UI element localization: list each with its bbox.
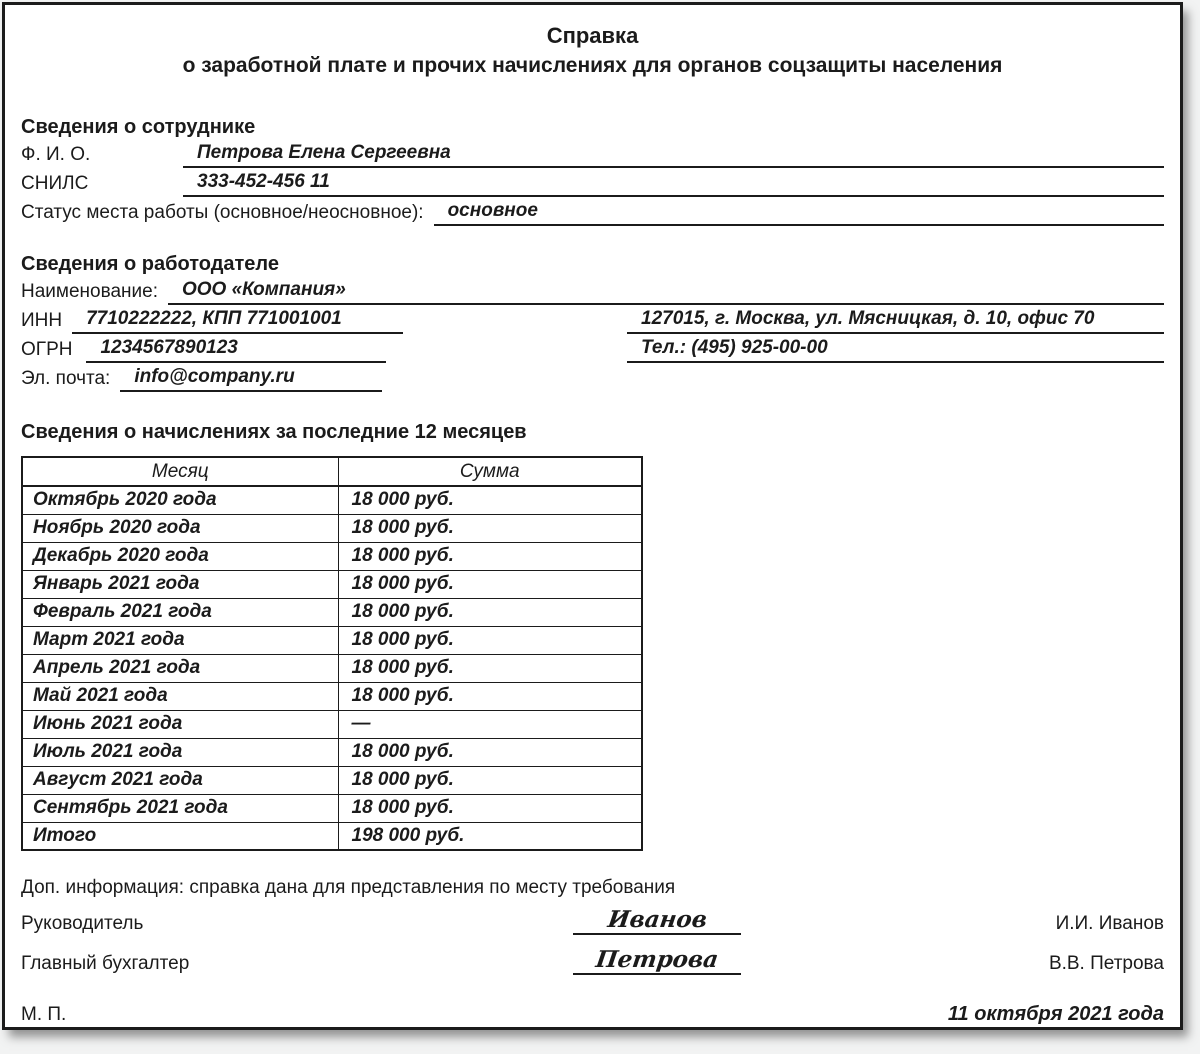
month-cell: Май 2021 года <box>22 682 338 710</box>
month-cell: Сентябрь 2021 года <box>22 794 338 822</box>
month-cell: Октябрь 2020 года <box>22 486 338 514</box>
month-cell: Август 2021 года <box>22 766 338 794</box>
table-row: Октябрь 2020 года18 000 руб. <box>22 486 642 514</box>
table-row: Апрель 2021 года18 000 руб. <box>22 654 642 682</box>
fio-label: Ф. И. О. <box>21 144 183 168</box>
ogrn-phone-row: ОГРН 1234567890123 Тел.: (495) 925-00-00 <box>21 334 1164 363</box>
total-value-cell: 198 000 руб. <box>338 822 642 850</box>
amount-cell: 18 000 руб. <box>338 514 642 542</box>
table-row: Май 2021 года18 000 руб. <box>22 682 642 710</box>
table-row: Июнь 2021 года— <box>22 710 642 738</box>
accountant-signature-row: Главный бухгалтер Петрова В.В. Петрова <box>21 939 1164 979</box>
document-title: Справка о заработной плате и прочих начи… <box>21 21 1164 81</box>
title-line-2: о заработной плате и прочих начислениях … <box>21 51 1164 81</box>
work-status-row: Статус места работы (основное/неосновное… <box>21 197 1164 226</box>
director-name: И.И. Иванов <box>1056 913 1164 939</box>
email-value: info@company.ru <box>120 366 382 392</box>
employer-address-value: 127015, г. Москва, ул. Мясницкая, д. 10,… <box>627 308 1164 334</box>
month-cell: Январь 2021 года <box>22 570 338 598</box>
snils-label: СНИЛС <box>21 173 183 197</box>
accountant-signature-line: Петрова <box>573 947 741 975</box>
work-status-label: Статус места работы (основное/неосновное… <box>21 202 424 226</box>
inn-address-row: ИНН 7710222222, КПП 771001001 127015, г.… <box>21 305 1164 334</box>
employer-name-row: Наименование: ООО «Компания» <box>21 276 1164 305</box>
table-row: Июль 2021 года18 000 руб. <box>22 738 642 766</box>
accountant-name: В.В. Петрова <box>1049 953 1164 979</box>
table-row: Ноябрь 2020 года18 000 руб. <box>22 514 642 542</box>
snils-row: СНИЛС 333-452-456 11 <box>21 168 1164 197</box>
stamp-date-row: М. П. 11 октября 2021 года <box>21 1003 1164 1026</box>
director-signature-row: Руководитель Иванов И.И. Иванов <box>21 899 1164 939</box>
amount-cell: 18 000 руб. <box>338 682 642 710</box>
amount-cell: 18 000 руб. <box>338 654 642 682</box>
ogrn-value: 1234567890123 <box>86 337 386 363</box>
table-row: Декабрь 2020 года18 000 руб. <box>22 542 642 570</box>
fio-value: Петрова Елена Сергеевна <box>183 142 1164 168</box>
amount-cell: 18 000 руб. <box>338 598 642 626</box>
employee-section-heading: Сведения о сотруднике <box>21 115 1164 139</box>
month-cell: Декабрь 2020 года <box>22 542 338 570</box>
work-status-value: основное <box>434 200 1164 226</box>
amount-cell: 18 000 руб. <box>338 542 642 570</box>
month-cell: Февраль 2021 года <box>22 598 338 626</box>
director-signature-line: Иванов <box>573 907 741 935</box>
document-date: 11 октября 2021 года <box>948 1003 1164 1026</box>
month-cell: Март 2021 года <box>22 626 338 654</box>
total-label-cell: Итого <box>22 822 338 850</box>
snils-value: 333-452-456 11 <box>183 171 1164 197</box>
employer-phone-value: Тел.: (495) 925-00-00 <box>627 337 1164 363</box>
amount-cell: — <box>338 710 642 738</box>
accruals-section-heading: Сведения о начислениях за последние 12 м… <box>21 420 1164 444</box>
employer-section-heading: Сведения о работодателе <box>21 252 1164 276</box>
amount-cell: 18 000 руб. <box>338 794 642 822</box>
certificate-page: Справка о заработной плате и прочих начи… <box>2 2 1183 1030</box>
month-cell: Апрель 2021 года <box>22 654 338 682</box>
amount-cell: 18 000 руб. <box>338 766 642 794</box>
additional-info: Доп. информация: справка дана для предст… <box>21 877 1164 899</box>
accruals-table: Месяц Сумма Октябрь 2020 года18 000 руб.… <box>21 456 643 851</box>
accruals-header-row: Месяц Сумма <box>22 457 642 486</box>
table-row: Февраль 2021 года18 000 руб. <box>22 598 642 626</box>
accountant-signature: Петрова <box>594 947 720 973</box>
month-cell: Июнь 2021 года <box>22 710 338 738</box>
employer-name-label: Наименование: <box>21 281 158 305</box>
table-row: Март 2021 года18 000 руб. <box>22 626 642 654</box>
amount-column-header: Сумма <box>338 457 642 486</box>
director-signature: Иванов <box>606 907 709 933</box>
table-row: Август 2021 года18 000 руб. <box>22 766 642 794</box>
ogrn-label: ОГРН <box>21 339 72 363</box>
total-row: Итого198 000 руб. <box>22 822 642 850</box>
month-cell: Ноябрь 2020 года <box>22 514 338 542</box>
email-row: Эл. почта: info@company.ru <box>21 363 1164 392</box>
employer-name-value: ООО «Компания» <box>168 279 1164 305</box>
amount-cell: 18 000 руб. <box>338 626 642 654</box>
inn-value: 7710222222, КПП 771001001 <box>72 308 403 334</box>
month-cell: Июль 2021 года <box>22 738 338 766</box>
table-row: Январь 2021 года18 000 руб. <box>22 570 642 598</box>
fio-row: Ф. И. О. Петрова Елена Сергеевна <box>21 139 1164 168</box>
director-role-label: Руководитель <box>21 913 143 939</box>
amount-cell: 18 000 руб. <box>338 738 642 766</box>
stamp-placeholder: М. П. <box>21 1004 66 1026</box>
table-row: Сентябрь 2021 года18 000 руб. <box>22 794 642 822</box>
email-label: Эл. почта: <box>21 368 110 392</box>
amount-cell: 18 000 руб. <box>338 570 642 598</box>
inn-label: ИНН <box>21 310 62 334</box>
title-line-1: Справка <box>21 21 1164 51</box>
accountant-role-label: Главный бухгалтер <box>21 953 189 979</box>
month-column-header: Месяц <box>22 457 338 486</box>
amount-cell: 18 000 руб. <box>338 486 642 514</box>
